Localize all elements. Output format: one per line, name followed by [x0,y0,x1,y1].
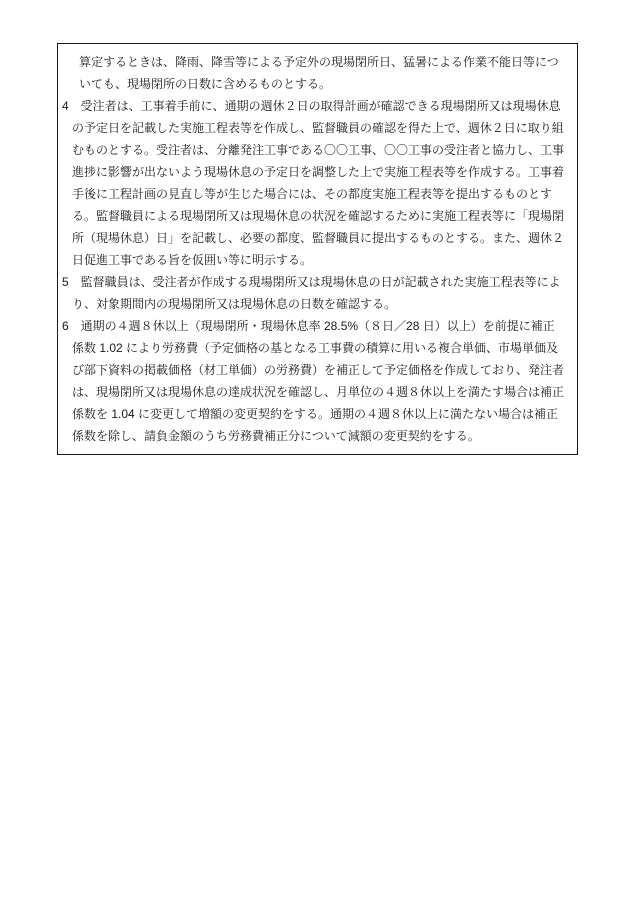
text-line: 日促進工事である旨を仮囲い等に明示する。 [58,249,572,271]
text-line: は、現場閉所又は現場休息の達成状況を確認し、月単位の４週８休以上を満たす場合は補… [58,381,572,403]
text-line: 係数を除し、請負金額のうち労務費補正分について減額の変更契約をする。 [58,425,572,447]
spec-clause-box: 算定するときは、降雨、降雪等による予定外の現場閉所日、猛暑による作業不能日等につ… [57,43,578,455]
text-line: 算定するときは、降雨、降雪等による予定外の現場閉所日、猛暑による作業不能日等につ [58,51,572,73]
text-line: 5 監督職員は、受注者が作成する現場閉所又は現場休息の日が記載された実施工程表等… [58,271,572,293]
text-line: び部下資料の掲載価格（材工単価）の労務費）を補正して予定価格を作成しており、発注… [58,359,572,381]
text-line: 係数を 1.04 に変更して増額の変更契約をする。通期の４週８休以上に満たない場… [58,403,572,425]
text-line: り、対象期間内の現場閉所又は現場休息の日数を確認する。 [58,293,572,315]
text-line: 4 受注者は、工事着手前に、通期の週休２日の取得計画が確認できる現場閉所又は現場… [58,95,572,117]
text-line: いても、現場閉所の日数に含めるものとする。 [58,73,572,95]
text-line: る。監督職員による現場閉所又は現場休息の状況を確認するために実施工程表等に「現場… [58,205,572,227]
text-line: 6 通期の４週８休以上（現場閉所・現場休息率 28.5%（８日／28 日）以上）… [58,315,572,337]
text-line: 進捗に影響が出ないよう現場休息の予定日を調整した上で実施工程表等を作成する。工事… [58,161,572,183]
text-line: 所（現場休息）日」を記載し、必要の都度、監督職員に提出するものとする。また、週休… [58,227,572,249]
document-page: 算定するときは、降雨、降雪等による予定外の現場閉所日、猛暑による作業不能日等につ… [0,0,630,903]
text-line: むものとする。受注者は、分離発注工事である〇〇工事、〇〇工事の受注者と協力し、工… [58,139,572,161]
text-line: 係数 1.02 により労務費（予定価格の基となる工事費の積算に用いる複合単価、市… [58,337,572,359]
text-line: の予定日を記載した実施工程表等を作成し、監督職員の確認を得た上で、週休２日に取り… [58,117,572,139]
text-line: 手後に工程計画の見直し等が生じた場合には、その都度実施工程表等を提出するものとす [58,183,572,205]
clause-lines: 算定するときは、降雨、降雪等による予定外の現場閉所日、猛暑による作業不能日等につ… [58,51,572,447]
